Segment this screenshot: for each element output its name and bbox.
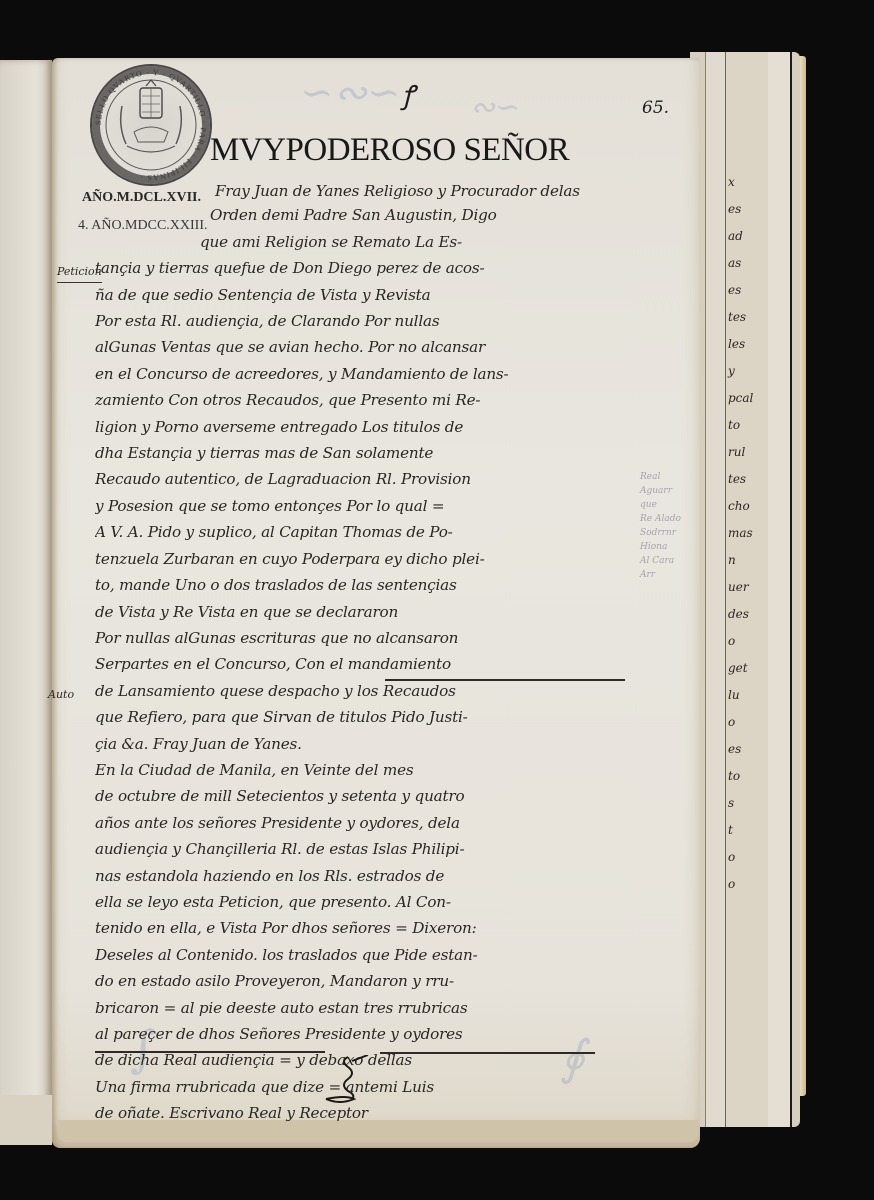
text-line: Recaudo autentico, de Lagraduacion Rl. P… [95,466,625,492]
margin-note-auto: Auto [48,688,74,701]
text-line: tançia y tierras quefue de Don Diego per… [95,255,625,281]
fragment: o [728,715,768,742]
text-line: tenzuela Zurbaran en cuyo Poderpara ey d… [95,546,625,572]
manuscript-body: Fray Juan de Yanes Religioso y Procurado… [95,178,625,1127]
text-line: ella se leyo esta Peticion, que presento… [95,889,625,915]
facing-page-edge [0,60,52,1145]
top-flourish-mark: ꝭ [402,76,414,112]
official-seal-stamp: SELLO QVARTO · Y · QVARTILLO · PARA · FI… [90,64,212,186]
text-line: tenido en ella, e Vista Por dhos señores… [95,915,625,941]
fragment: x [728,175,768,202]
bleed-word: Hiona [640,540,700,554]
document-heading: MVYPODEROSO SEÑOR [210,132,569,169]
text-line: en el Concurso de acreedores, y Mandamie… [95,361,625,387]
closing-flourish-rule [380,1052,595,1054]
text-line: to, mande Uno o dos traslados de las sen… [95,572,625,598]
fragment: pcal [728,391,768,418]
fragment: rul [728,445,768,472]
text-line: años ante los señores Presidente y oydor… [95,810,625,836]
fragment: o [728,877,768,904]
svg-text:SELLO QVARTO · Y · QVARTILLO ·: SELLO QVARTO · Y · QVARTILLO · PARA · FI… [94,68,208,182]
signature-line: çia &a. Fray Juan de Yanes. [95,731,625,757]
text-line: alGunas Ventas que se avian hecho. Por n… [95,334,625,360]
text-line: de Lansamiento quese despacho y los Reca… [95,678,625,704]
fragment: y [728,364,768,391]
fragment: les [728,337,768,364]
closing-flourish-rule [385,679,625,681]
text-line: do en estado asilo Proveyeron, Mandaron … [95,968,625,994]
bleed-word: Al Cara [640,554,700,568]
fragment: es [728,742,768,769]
text-line: al pareçer de dhos Señores Presidente y … [95,1021,625,1047]
fragment: es [728,202,768,229]
fragment: t [728,823,768,850]
text-line: Orden demi Padre San Augustin, Digo [95,202,625,228]
bleed-word: Re Alado [640,512,700,526]
fragment: to [728,769,768,796]
folio-number: 65. [642,98,669,118]
text-line: dha Estançia y tierras mas de San solame… [95,440,625,466]
bleed-through-text: Real Aguarr que Re Alado Sodrrnr Hiona A… [640,470,700,582]
fragment: o [728,850,768,877]
fragment: s [728,796,768,823]
bleed-word: Aguarr [640,484,700,498]
facing-page-bottom [0,1095,52,1145]
fragment: lu [728,688,768,715]
fragment: get [728,661,768,688]
notary-rubric-icon [318,1055,378,1105]
text-line: de octubre de mill Setecientos y setenta… [95,783,625,809]
text-line: ña de que sedio Sentençia de Vista y Rev… [95,282,625,308]
text-line: zamiento Con otros Recaudos, que Present… [95,387,625,413]
fragment: uer [728,580,768,607]
bleed-through-flourish: ∽∾∽ [300,70,401,116]
text-line: Por nullas alGunas escrituras que no alc… [95,625,625,651]
text-line: ligion y Porno averseme entregado Los ti… [95,414,625,440]
fragment: mas [728,526,768,553]
fragment: tes [728,310,768,337]
bleed-through-flourish: ∾∽ [470,90,520,125]
text-line: nas estandola haziendo en los Rls. estra… [95,863,625,889]
text-line: de Vista y Re Vista en que se declararon [95,599,625,625]
text-line: y Posesion que se tomo entonçes Por lo q… [95,493,625,519]
fragment: des [728,607,768,634]
bleed-word: que [640,498,700,512]
fragment: n [728,553,768,580]
seal-emblem-icon: SELLO QVARTO · Y · QVARTILLO · PARA · FI… [92,66,210,184]
text-line: Serpartes en el Concurso, Con el mandami… [95,651,625,677]
text-line: Por esta Rl. audiençia, de Clarando Por … [95,308,625,334]
underlying-page-fragments: x es ad as es tes les y pcal to rul tes … [728,175,768,904]
page-stack-layer [768,52,792,1127]
bleed-word: Real [640,470,700,484]
fragment: to [728,418,768,445]
fragment: ad [728,229,768,256]
text-line: Fray Juan de Yanes Religioso y Procurado… [95,178,625,204]
fragment: cho [728,499,768,526]
text-line: que Refiero, para que Sirvan de titulos … [95,704,625,730]
text-line: que ami Religion se Remato La Es- [95,229,625,255]
closing-flourish-rule [95,1051,325,1053]
fragment: o [728,634,768,661]
text-line: audiençia y Chançilleria Rl. de estas Is… [95,836,625,862]
bleed-word: Arr [640,568,700,582]
text-line: En la Ciudad de Manila, en Veinte del me… [95,757,625,783]
text-line: Deseles al Contenido. los traslados que … [95,942,625,968]
fragment: tes [728,472,768,499]
text-line: A V. A. Pido y suplico, al Capitan Thoma… [95,519,625,545]
fragment: es [728,283,768,310]
fragment: as [728,256,768,283]
bleed-word: Sodrrnr [640,526,700,540]
text-line: bricaron = al pie deeste auto estan tres… [95,995,625,1021]
